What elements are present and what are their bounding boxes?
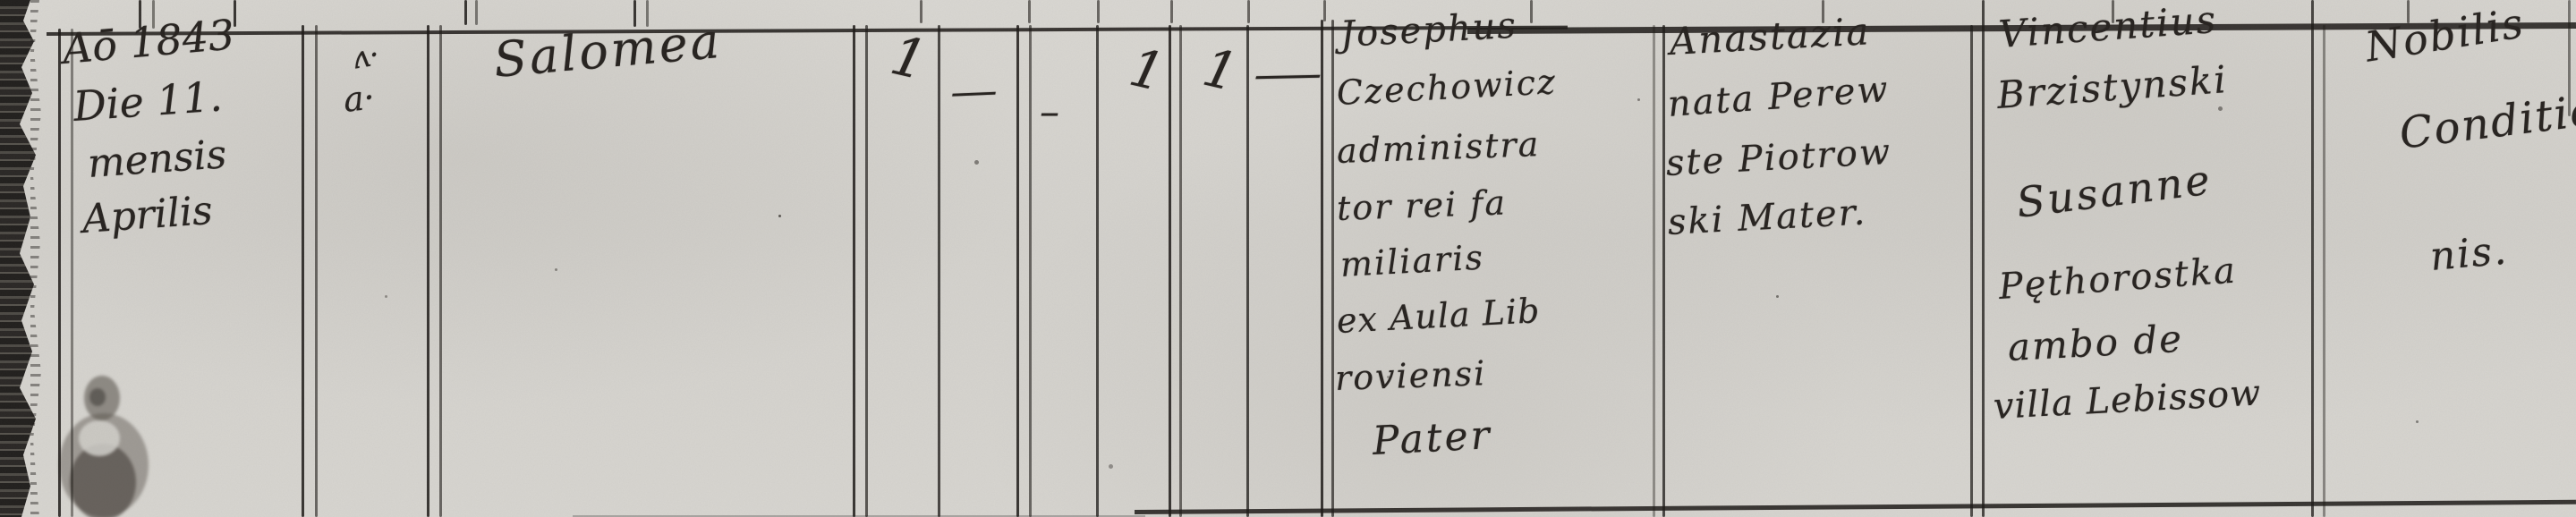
mother-line: ski Mater. — [1667, 191, 1867, 243]
column-rule — [1179, 25, 1182, 517]
column-rule — [58, 29, 61, 517]
father-line: roviensi — [1334, 353, 1487, 398]
tally-mark: 1 — [885, 24, 932, 93]
date-line: Die 11. — [72, 72, 224, 130]
column-rule — [938, 25, 940, 517]
column-rule — [1169, 25, 1171, 517]
column-rule — [1982, 0, 1985, 517]
column-rule — [1016, 25, 1019, 517]
rule-stub — [1323, 0, 1326, 21]
date-line: mensis — [86, 131, 228, 187]
column-rule — [1246, 25, 1249, 517]
father-line: ex Aula Lib — [1336, 291, 1542, 341]
column-rule — [1970, 25, 1973, 517]
rule-stub — [1530, 0, 1533, 23]
rule-stub — [1170, 0, 1173, 23]
status-line: Nobilis — [2362, 0, 2528, 72]
godparent-line: Brzistynski — [1995, 57, 2229, 117]
column-rule — [1331, 20, 1334, 517]
bottom-rule — [1135, 500, 2576, 514]
column-rule — [427, 25, 429, 517]
status-line: Conditio — [2397, 85, 2576, 159]
column-rule — [2311, 0, 2314, 517]
column-rule — [1096, 25, 1099, 517]
column-rule — [1662, 25, 1665, 517]
date-line: Aprilis — [81, 188, 214, 242]
godparent-line: ambo de — [2007, 317, 2184, 369]
paper-specks — [778, 215, 781, 217]
house-mark: a· — [342, 77, 377, 119]
column-rule — [1029, 25, 1032, 517]
ink-blot-figure — [43, 374, 168, 517]
rule-stub — [475, 0, 478, 25]
column-rule — [1653, 25, 1655, 517]
father-line: Czechowicz — [1336, 62, 1558, 113]
father-line: administra — [1336, 124, 1541, 171]
column-rule — [853, 25, 855, 517]
baptized-name: Salomea — [491, 13, 724, 89]
godparent-line: Vincentius — [1997, 0, 2218, 56]
tally-mark: 1 — [1124, 37, 1169, 104]
godparent-line: Pęthorostka — [1997, 250, 2238, 307]
rule-stub — [1247, 0, 1250, 23]
rule-stub — [464, 0, 467, 25]
father-line: tor rei fa — [1336, 182, 1507, 228]
column-rule — [439, 25, 442, 517]
father-line: Josephus — [1339, 5, 1518, 55]
column-rule — [865, 25, 868, 517]
father-line: Pater — [1372, 412, 1493, 464]
father-line: miliaris — [1339, 238, 1485, 284]
tally-mark: — — [948, 68, 999, 115]
tally-mark: 1 — [1197, 37, 1243, 104]
column-rule — [302, 25, 304, 517]
register-page-scan: Aō 1843 Die 11. mensis Aprilis ʌ· a· Sal… — [0, 0, 2576, 517]
tally-mark: – — [1040, 89, 1059, 135]
column-rule — [2323, 25, 2325, 517]
rule-stub — [1028, 0, 1031, 23]
column-rule — [315, 25, 318, 517]
rule-stub — [1097, 0, 1100, 23]
mother-line: nata Perew — [1666, 69, 1891, 125]
date-line: Aō 1843 — [61, 10, 237, 73]
rule-stub — [920, 0, 922, 23]
house-mark: ʌ· — [350, 37, 383, 77]
rule-stub — [234, 0, 236, 27]
mother-line: ste Piotrow — [1665, 131, 1892, 184]
godparent-line: villa Lebissow — [1993, 372, 2263, 428]
status-line: nis. — [2428, 228, 2510, 280]
mother-line: Anastazia — [1669, 9, 1872, 64]
tally-mark: — — [1251, 48, 1323, 98]
godparent-line: Susanne — [2014, 155, 2215, 226]
